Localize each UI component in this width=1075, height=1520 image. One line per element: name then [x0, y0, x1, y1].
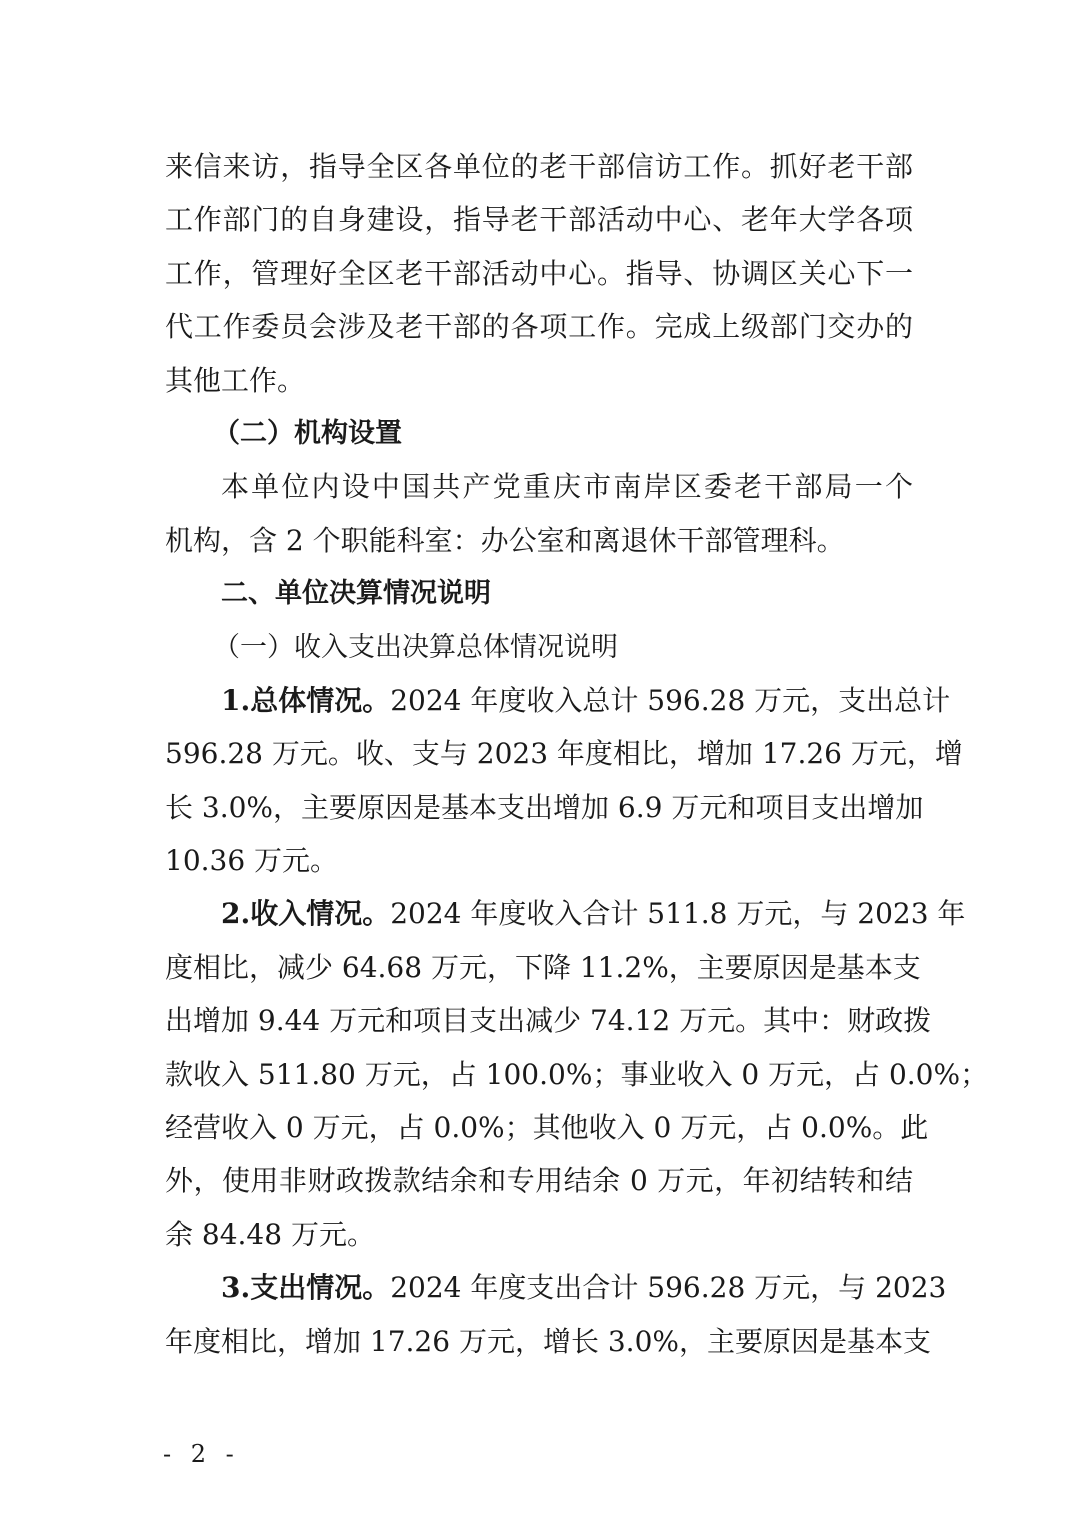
- org-paragraph: 本单位内设中国共产党重庆市南岸区委老干部局一个 机构，含 2 个职能科室：办公室…: [165, 460, 913, 567]
- paragraph-line: 其他工作。: [165, 354, 913, 407]
- paragraph-line: 款收入 511.80 万元，占 100.0%；事业收入 0 万元，占 0.0%；: [165, 1048, 913, 1101]
- paragraph-line: 3.支出情况。2024 年度支出合计 596.28 万元，与 2023: [165, 1261, 913, 1314]
- paragraph-lead: 1.总体情况。: [221, 684, 390, 717]
- subsection-heading: （一）收入支出决算总体情况说明: [165, 621, 913, 674]
- income-paragraph: 2.收入情况。2024 年度收入合计 511.8 万元，与 2023 年 度相比…: [165, 887, 913, 1261]
- paragraph-line: 1.总体情况。2024 年度收入总计 596.28 万元，支出总计: [165, 674, 913, 727]
- paragraph-line: 余 84.48 万元。: [165, 1208, 913, 1261]
- paragraph-text: 2024 年度支出合计 596.28 万元，与 2023: [390, 1271, 946, 1304]
- page-number: - 2 -: [163, 1440, 240, 1468]
- paragraph-line: 经营收入 0 万元，占 0.0%；其他收入 0 万元，占 0.0%。此: [165, 1101, 913, 1154]
- section-heading-org: （二）机构设置: [165, 407, 913, 460]
- paragraph-line: 代工作委员会涉及老干部的各项工作。完成上级部门交办的: [165, 300, 913, 353]
- document-page: 来信来访，指导全区各单位的老干部信访工作。抓好老干部 工作部门的自身建设，指导老…: [165, 140, 913, 1368]
- paragraph-line: 10.36 万元。: [165, 834, 913, 887]
- section-heading-two: 二、单位决算情况说明: [165, 567, 913, 620]
- paragraph-line: 年度相比，增加 17.26 万元，增长 3.0%，主要原因是基本支: [165, 1315, 913, 1368]
- paragraph-line: 长 3.0%，主要原因是基本支出增加 6.9 万元和项目支出增加: [165, 781, 913, 834]
- paragraph-line: 出增加 9.44 万元和项目支出减少 74.12 万元。其中：财政拨: [165, 994, 913, 1047]
- paragraph-line: 来信来访，指导全区各单位的老干部信访工作。抓好老干部: [165, 140, 913, 193]
- paragraph-text: 2024 年度收入总计 596.28 万元，支出总计: [390, 684, 950, 717]
- paragraph-line: 工作，管理好全区老干部活动中心。指导、协调区关心下一: [165, 247, 913, 300]
- paragraph-line: 本单位内设中国共产党重庆市南岸区委老干部局一个: [165, 460, 913, 513]
- paragraph-line: 度相比，减少 64.68 万元，下降 11.2%，主要原因是基本支: [165, 941, 913, 994]
- overall-paragraph: 1.总体情况。2024 年度收入总计 596.28 万元，支出总计 596.28…: [165, 674, 913, 888]
- paragraph-line: 外，使用非财政拨款结余和专用结余 0 万元，年初结转和结: [165, 1154, 913, 1207]
- continuation-paragraph: 来信来访，指导全区各单位的老干部信访工作。抓好老干部 工作部门的自身建设，指导老…: [165, 140, 913, 407]
- paragraph-lead: 3.支出情况。: [221, 1271, 390, 1304]
- paragraph-line: 2.收入情况。2024 年度收入合计 511.8 万元，与 2023 年: [165, 887, 913, 940]
- paragraph-line: 机构，含 2 个职能科室：办公室和离退休干部管理科。: [165, 514, 913, 567]
- paragraph-line: 工作部门的自身建设，指导老干部活动中心、老年大学各项: [165, 193, 913, 246]
- paragraph-text: 2024 年度收入合计 511.8 万元，与 2023 年: [390, 897, 965, 930]
- paragraph-line: 596.28 万元。收、支与 2023 年度相比，增加 17.26 万元，增: [165, 727, 913, 780]
- paragraph-lead: 2.收入情况。: [221, 897, 390, 930]
- expense-paragraph: 3.支出情况。2024 年度支出合计 596.28 万元，与 2023 年度相比…: [165, 1261, 913, 1368]
